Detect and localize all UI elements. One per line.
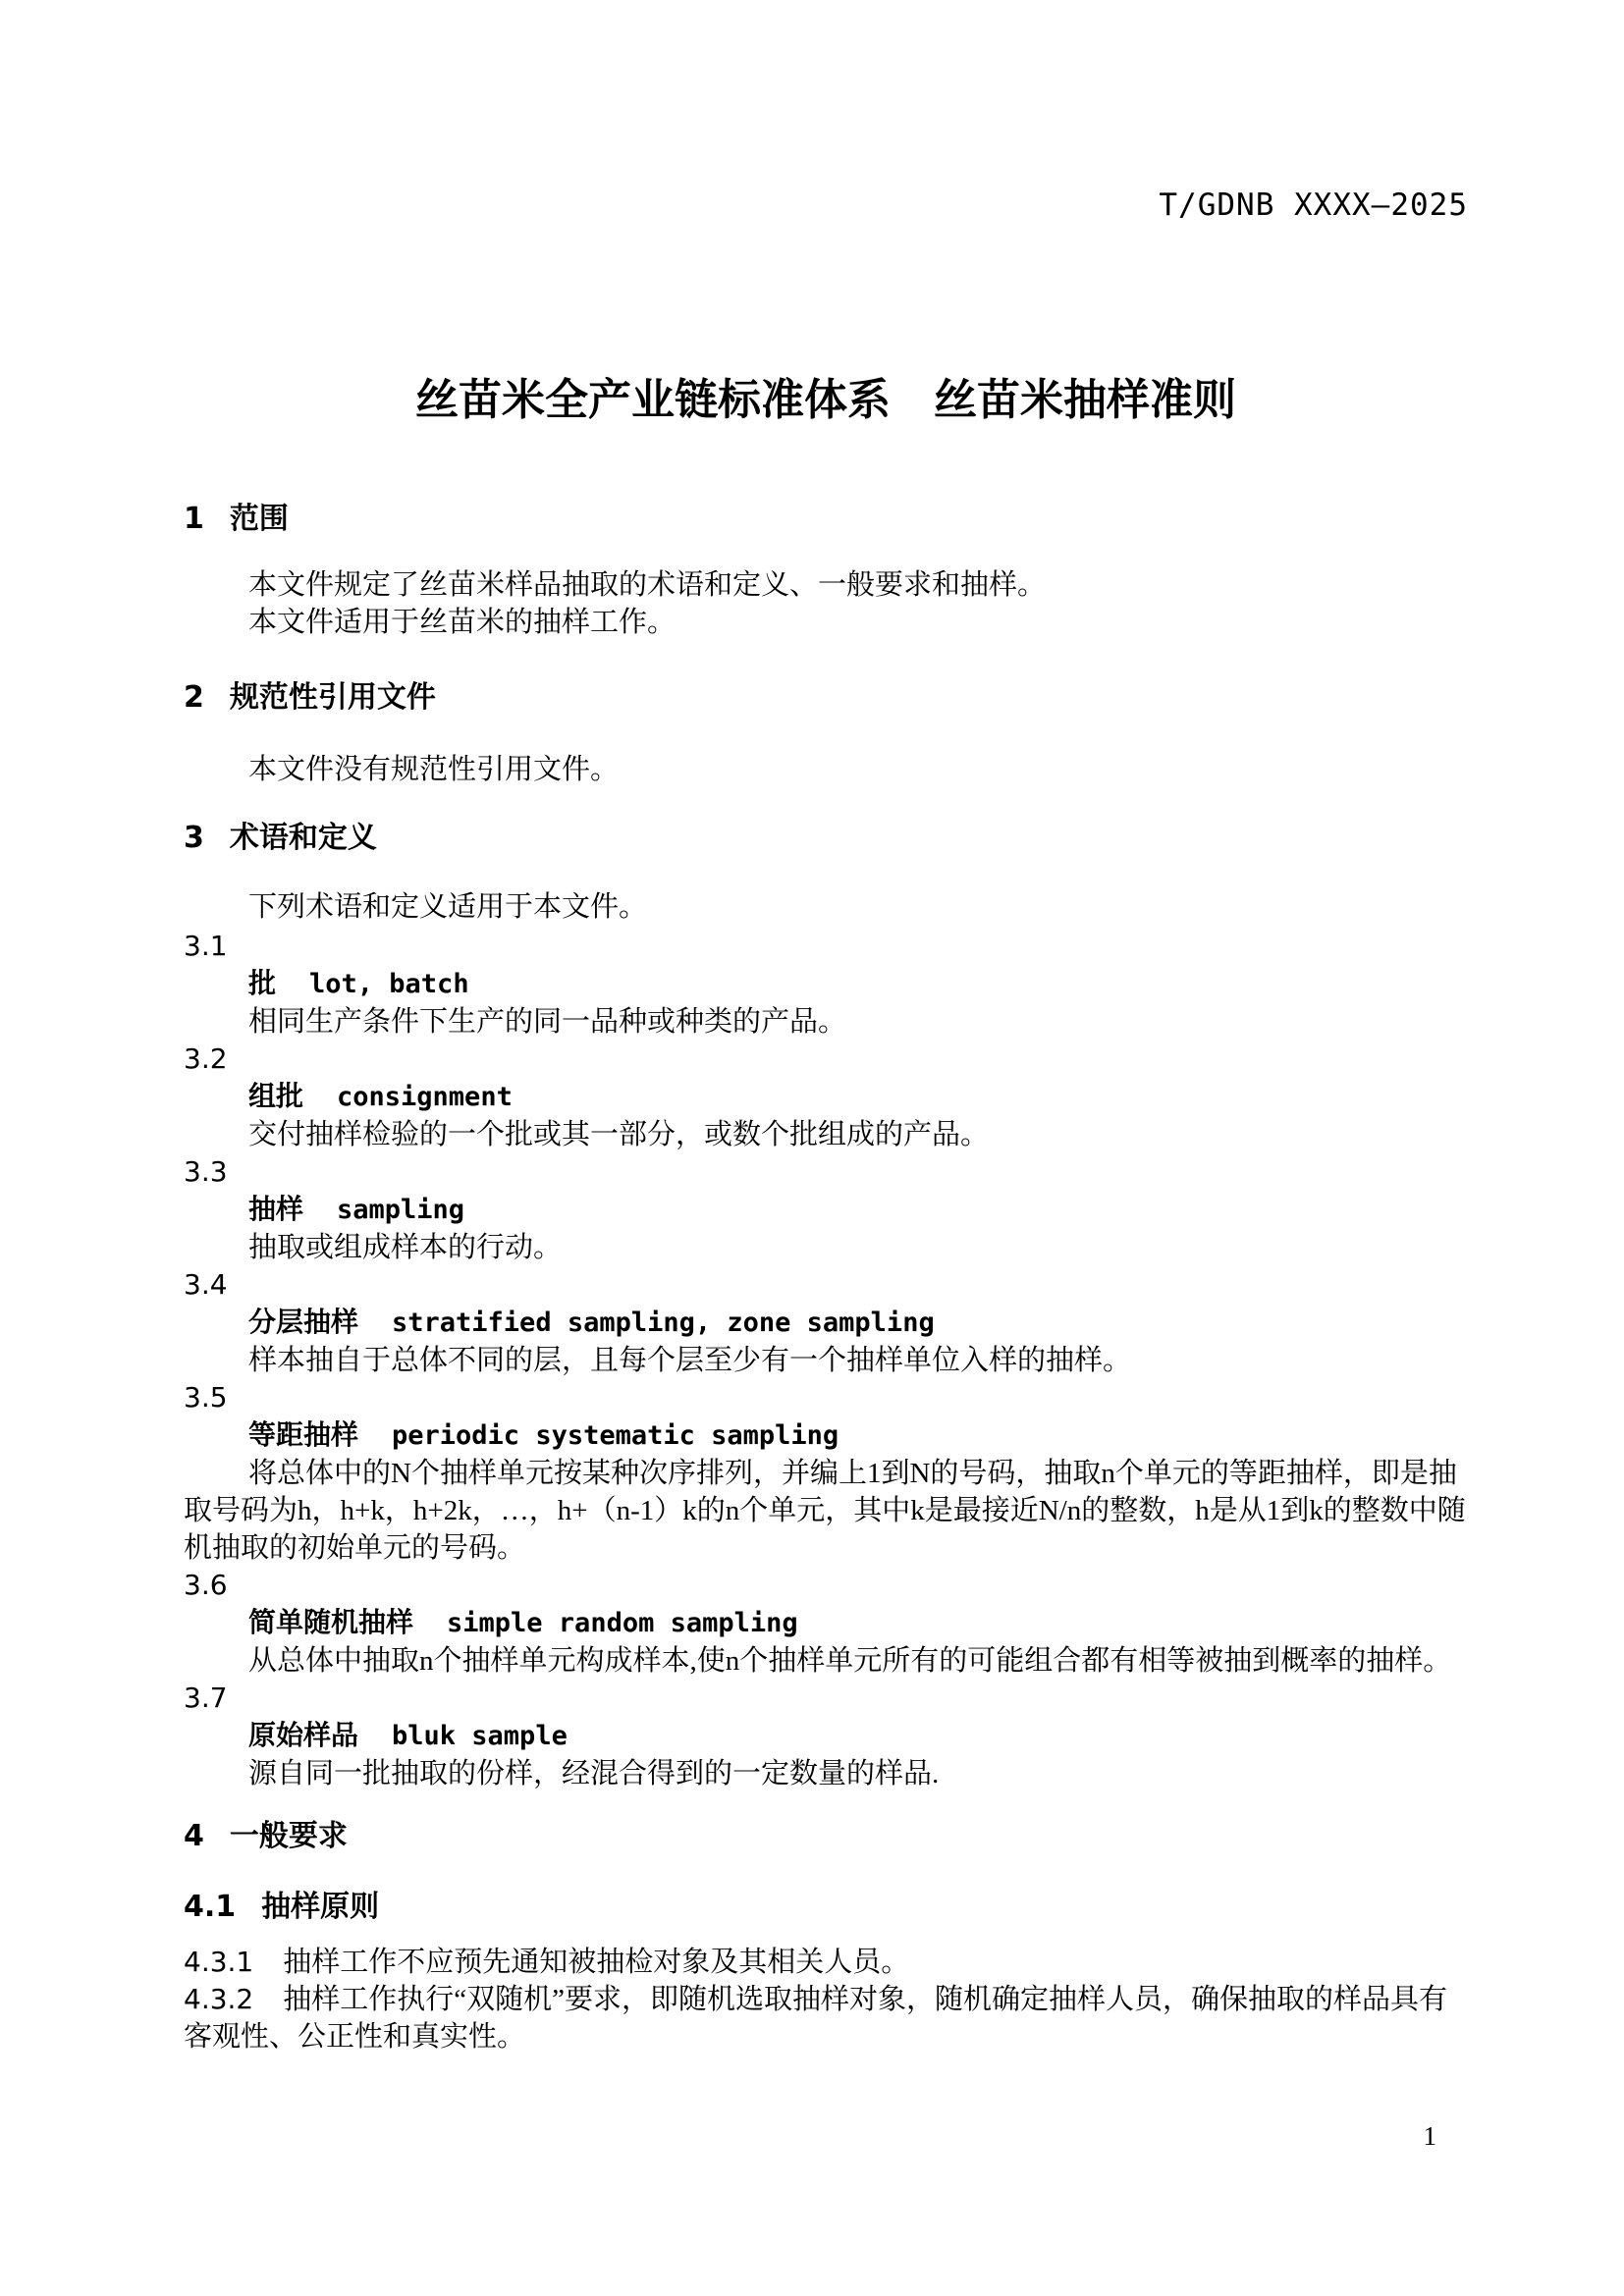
term-en: periodic systematic sampling <box>392 1420 839 1451</box>
term-title: 等距抽样periodic systematic sampling <box>184 1416 1468 1455</box>
clause-4-3-1: 4.3.1抽样工作不应预先通知被抽检对象及其相关人员。 <box>184 1944 1468 1981</box>
section-3-intro: 下列术语和定义适用于本文件。 <box>184 888 1468 926</box>
section-4-heading: 4一般要求 <box>184 1818 1468 1855</box>
section-3-title: 术语和定义 <box>230 821 377 855</box>
term-definition: 从总体中抽取n个抽样单元构成样本,使n个抽样单元所有的可能组合都有相等被抽到概率… <box>184 1642 1468 1680</box>
term-zh: 分层抽样 <box>248 1306 358 1338</box>
term-definition: 交付抽样检验的一个批或其一部分，或数个批组成的产品。 <box>184 1116 1468 1153</box>
term-zh: 组批 <box>248 1080 303 1112</box>
section-4-title: 一般要求 <box>230 1819 348 1853</box>
term-en: consignment <box>337 1082 513 1112</box>
term-en: lot, batch <box>309 969 469 999</box>
term-number: 3.1 <box>184 928 1468 965</box>
term-item-3-6: 3.6 简单随机抽样simple random sampling 从总体中抽取n… <box>184 1567 1468 1680</box>
term-number: 3.7 <box>184 1680 1468 1717</box>
section-4-1-number: 4.1 <box>184 1890 236 1924</box>
section-1-title: 范围 <box>230 502 289 536</box>
term-item-3-3: 3.3 抽样sampling 抽取或组成样本的行动。 <box>184 1153 1468 1266</box>
clause-text: 抽样工作执行“双随机”要求，即随机选取抽样对象，随机确定抽样人员，确保抽取的样品… <box>184 1984 1447 2053</box>
section-1-paragraph-2: 本文件适用于丝苗米的抽样工作。 <box>184 604 1468 641</box>
section-4-1-title: 抽样原则 <box>261 1890 379 1924</box>
page-number: 1 <box>184 2117 1468 2155</box>
document-page: T/GDNB XXXX—2025 丝苗米全产业链标准体系 丝苗米抽样准则 1范围… <box>0 0 1624 2296</box>
clause-4-3-2: 4.3.2抽样工作执行“双随机”要求，即随机选取抽样对象，随机确定抽样人员，确保… <box>184 1981 1468 2056</box>
term-title: 原始样品bluk sample <box>184 1717 1468 1755</box>
term-definition: 样本抽自于总体不同的层，且每个层至少有一个抽样单位入样的抽样。 <box>184 1342 1468 1379</box>
term-definition: 源自同一批抽取的份样，经混合得到的一定数量的样品. <box>184 1755 1468 1792</box>
term-en: bluk sample <box>392 1721 568 1751</box>
terms-list: 3.1 批lot, batch 相同生产条件下生产的同一品种或种类的产品。 3.… <box>184 928 1468 1792</box>
term-number: 3.2 <box>184 1041 1468 1078</box>
term-zh: 原始样品 <box>248 1719 358 1751</box>
section-1-number: 1 <box>184 502 204 536</box>
term-zh: 等距抽样 <box>248 1418 358 1451</box>
term-title: 批lot, batch <box>184 965 1468 1003</box>
section-2-paragraph: 本文件没有规范性引用文件。 <box>184 751 1468 788</box>
section-1-heading: 1范围 <box>184 501 1468 538</box>
clause-text: 抽样工作不应预先通知被抽检对象及其相关人员。 <box>283 1947 909 1978</box>
term-zh: 抽样 <box>248 1193 303 1225</box>
section-1-paragraph-1: 本文件规定了丝苗米样品抽取的术语和定义、一般要求和抽样。 <box>184 566 1468 604</box>
term-definition: 相同生产条件下生产的同一品种或种类的产品。 <box>184 1003 1468 1041</box>
clause-number: 4.3.2 <box>184 1983 253 2015</box>
term-number: 3.5 <box>184 1379 1468 1416</box>
term-number: 3.3 <box>184 1153 1468 1191</box>
term-definition: 将总体中的N个抽样单元按某种次序排列，并编上1到N的号码，抽取n个单元的等距抽样… <box>184 1455 1468 1567</box>
term-definition: 抽取或组成样本的行动。 <box>184 1229 1468 1266</box>
clause-number: 4.3.1 <box>184 1946 253 1978</box>
section-3-heading: 3术语和定义 <box>184 820 1468 857</box>
term-item-3-4: 3.4 分层抽样stratified sampling, zone sampli… <box>184 1266 1468 1379</box>
term-title: 抽样sampling <box>184 1191 1468 1229</box>
term-zh: 简单随机抽样 <box>248 1606 413 1638</box>
section-3-number: 3 <box>184 821 204 855</box>
term-en: simple random sampling <box>447 1608 798 1638</box>
document-title: 丝苗米全产业链标准体系 丝苗米抽样准则 <box>184 376 1468 425</box>
term-en: stratified sampling, zone sampling <box>392 1308 935 1338</box>
term-number: 3.6 <box>184 1567 1468 1604</box>
section-4-number: 4 <box>184 1819 204 1853</box>
term-item-3-1: 3.1 批lot, batch 相同生产条件下生产的同一品种或种类的产品。 <box>184 928 1468 1041</box>
section-4-1-heading: 4.1抽样原则 <box>184 1889 1468 1926</box>
term-title: 组批consignment <box>184 1078 1468 1116</box>
term-title: 简单随机抽样simple random sampling <box>184 1604 1468 1642</box>
term-item-3-5: 3.5 等距抽样periodic systematic sampling 将总体… <box>184 1379 1468 1567</box>
term-zh: 批 <box>248 967 276 999</box>
term-item-3-7: 3.7 原始样品bluk sample 源自同一批抽取的份样，经混合得到的一定数… <box>184 1680 1468 1792</box>
term-en: sampling <box>337 1195 464 1225</box>
section-2-number: 2 <box>184 680 204 715</box>
header-doc-number: T/GDNB XXXX—2025 <box>184 187 1468 223</box>
section-2-title: 规范性引用文件 <box>230 680 436 715</box>
term-number: 3.4 <box>184 1266 1468 1304</box>
section-2-heading: 2规范性引用文件 <box>184 679 1468 717</box>
term-title: 分层抽样stratified sampling, zone sampling <box>184 1304 1468 1342</box>
document-content: T/GDNB XXXX—2025 丝苗米全产业链标准体系 丝苗米抽样准则 1范围… <box>184 0 1468 2155</box>
term-item-3-2: 3.2 组批consignment 交付抽样检验的一个批或其一部分，或数个批组成… <box>184 1041 1468 1153</box>
